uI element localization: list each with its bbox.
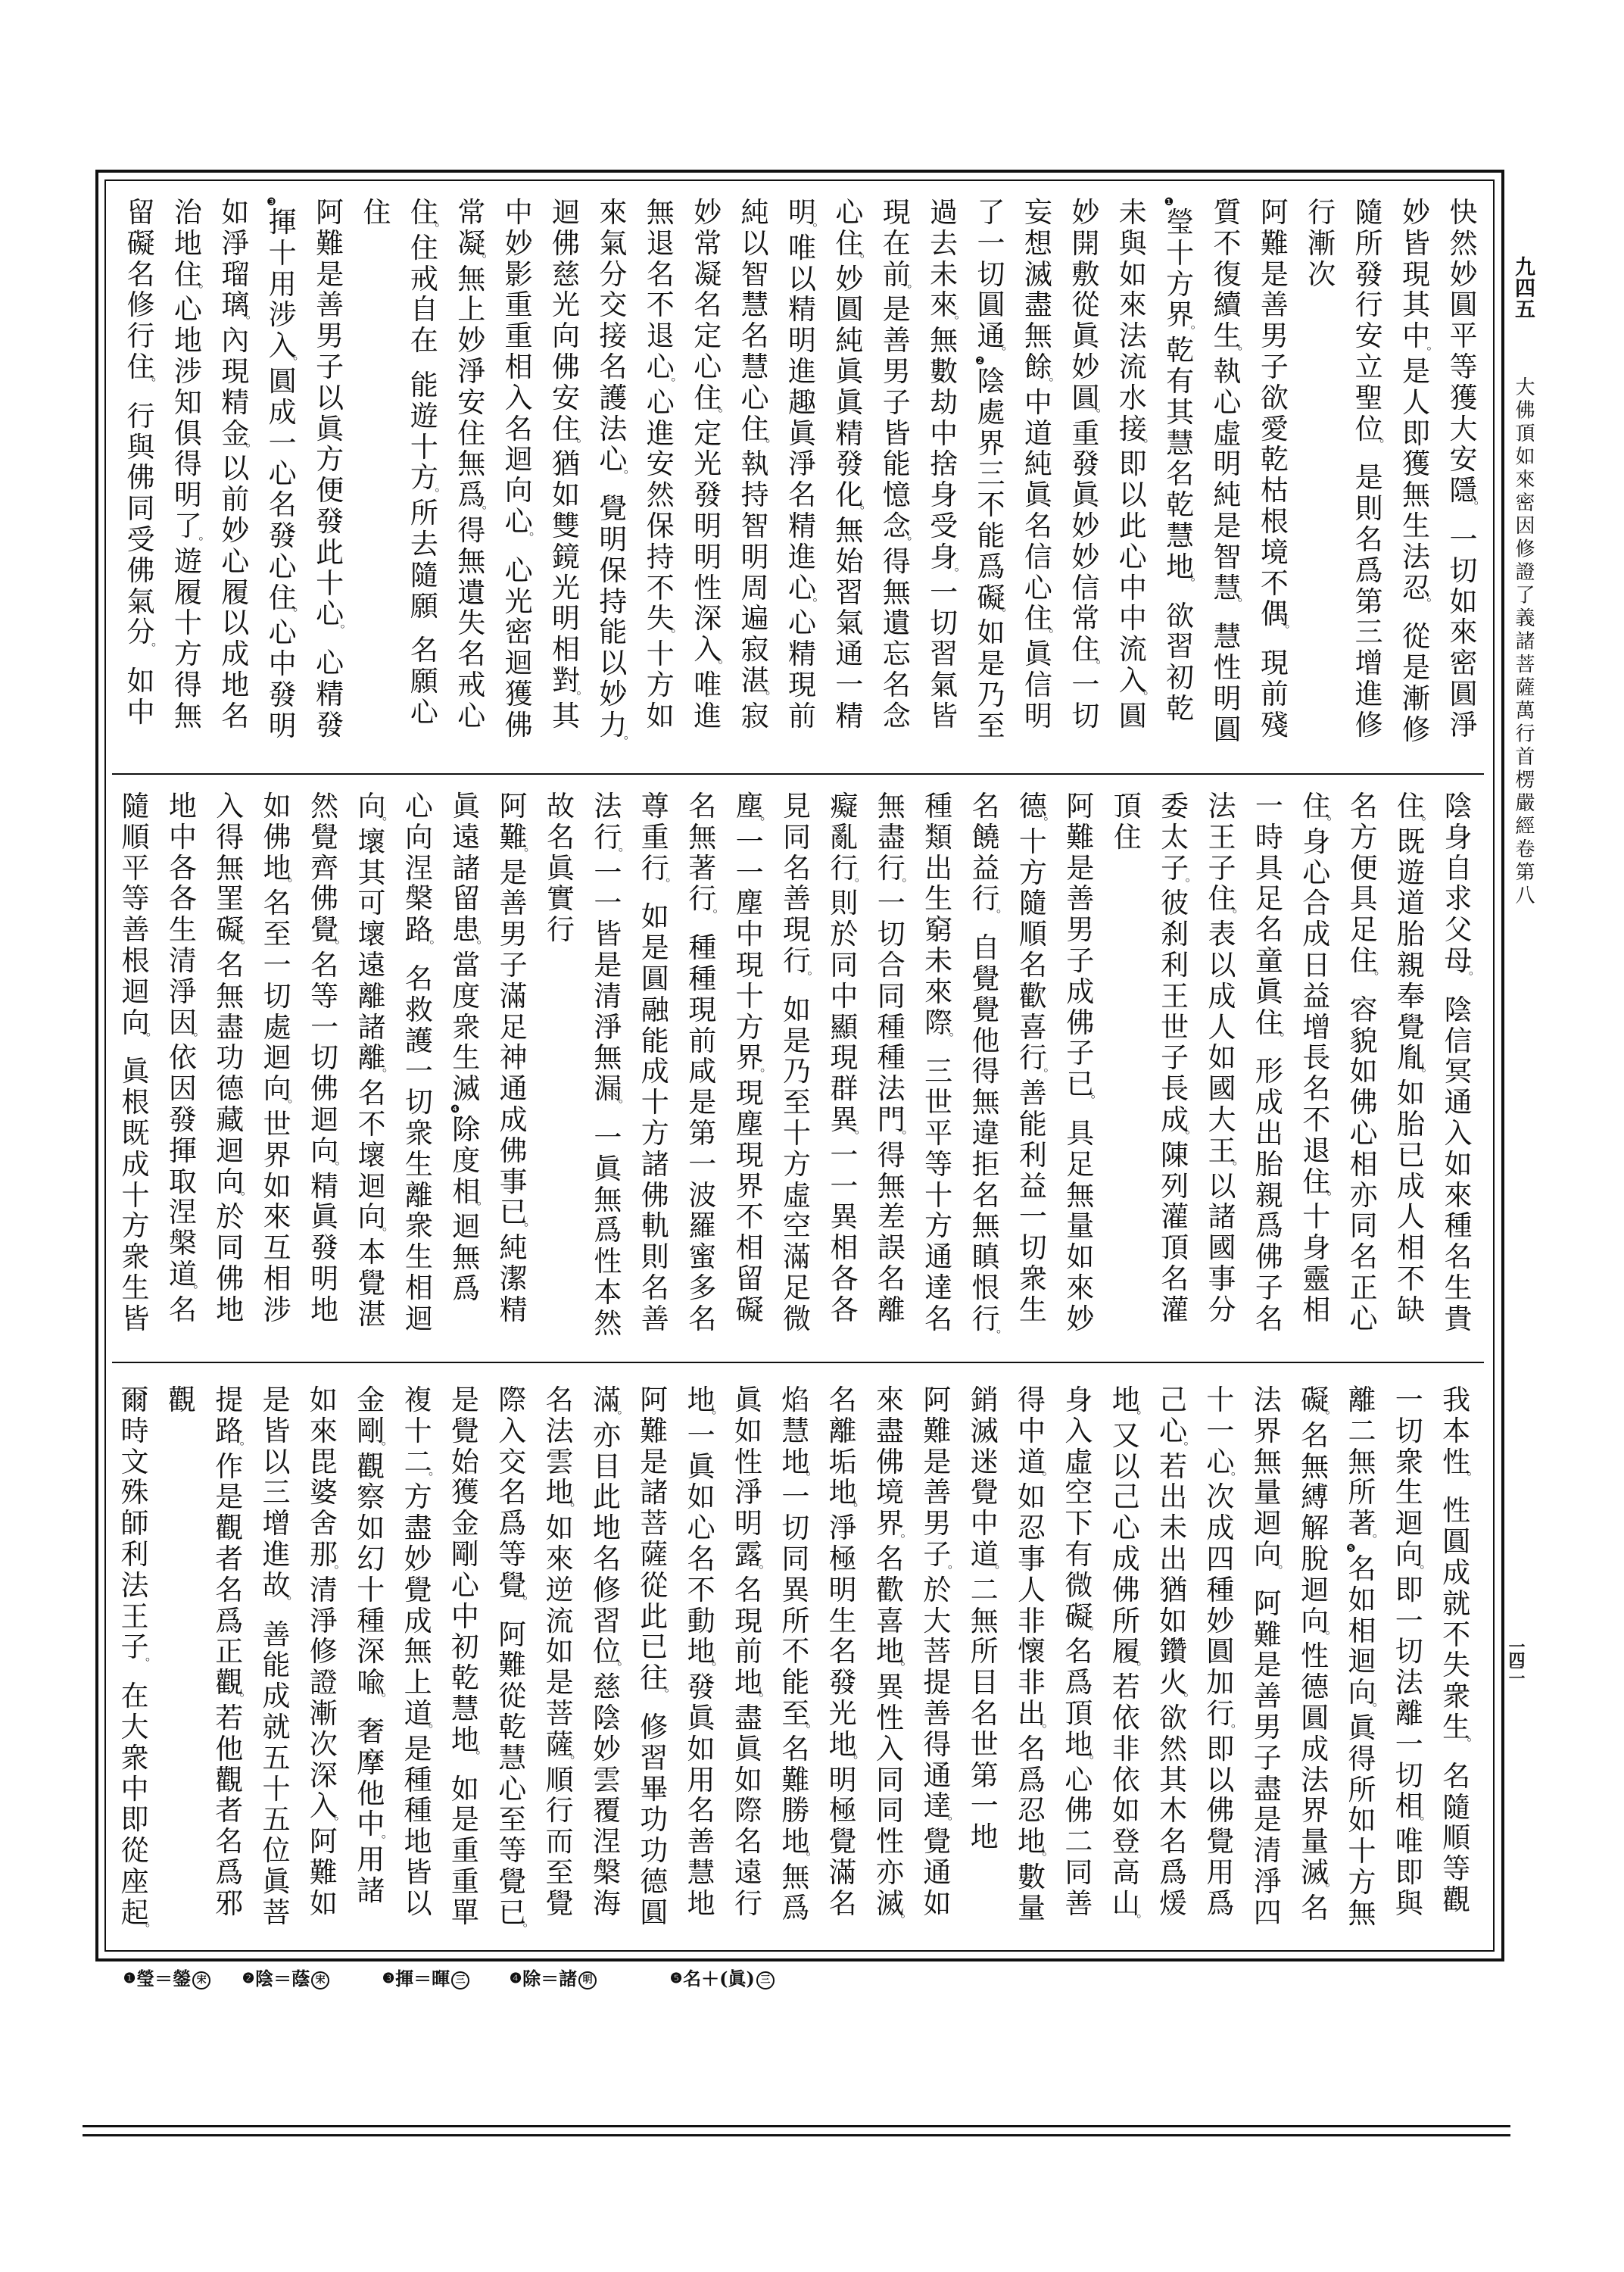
- punctuation-mark: 。: [1117, 697, 1149, 701]
- glyph: 如: [220, 198, 251, 229]
- glyph: 發: [1353, 260, 1385, 291]
- glyph: 無: [970, 1211, 1002, 1242]
- glyph: 圓: [1117, 701, 1149, 732]
- glyph: 長: [1159, 1074, 1191, 1105]
- glyph: 以: [597, 648, 629, 679]
- glyph: 得: [970, 1056, 1002, 1088]
- text-column: 現在前。是善男子皆能憶念。得無遺忘名念: [881, 198, 912, 754]
- punctuation-mark: 。: [1299, 1889, 1331, 1893]
- punctuation-mark: 。: [734, 822, 765, 827]
- glyph: 生: [403, 1242, 435, 1273]
- glyph: 等: [120, 884, 151, 915]
- punctuation-mark: 。: [220, 449, 251, 454]
- footnote: ❸揮＝暉三: [382, 1968, 469, 1993]
- glyph: 圓: [1205, 1637, 1236, 1668]
- glyph: 至: [781, 1088, 812, 1119]
- glyph: 覆: [591, 1796, 622, 1827]
- footnote-text: 瑩＝鎣: [136, 1968, 191, 1990]
- glyph: 類: [923, 822, 955, 854]
- glyph: 失: [456, 608, 488, 639]
- glyph: 前: [732, 1637, 764, 1668]
- glyph: 乾: [1258, 445, 1290, 476]
- glyph: 同: [125, 494, 157, 525]
- text-column: 際入交名爲等覺。 阿難從乾慧心至等覺已。: [497, 1385, 528, 1942]
- punctuation-mark: 。: [970, 1335, 1002, 1340]
- glyph: 而: [544, 1827, 575, 1858]
- glyph: 大: [119, 1712, 151, 1743]
- text-column: 觀: [166, 1385, 198, 1942]
- glyph: 明: [597, 525, 629, 556]
- glyph: 木: [1158, 1796, 1189, 1827]
- glyph: 畢: [638, 1774, 670, 1805]
- glyph: 戒: [456, 670, 488, 701]
- glyph: 所: [1353, 229, 1385, 260]
- glyph: 名: [1348, 791, 1379, 822]
- glyph: 現: [828, 1043, 860, 1074]
- glyph: 佛: [1063, 1796, 1095, 1827]
- glyph: 無: [875, 1172, 907, 1203]
- glyph: 潔: [497, 1264, 529, 1295]
- glyph: 足: [497, 1013, 529, 1044]
- footnote-text: 揮＝暉: [395, 1968, 450, 1990]
- glyph: 法: [1393, 1668, 1425, 1699]
- glyph: 一: [1017, 1202, 1049, 1233]
- glyph: 氣: [834, 608, 865, 639]
- glyph: 成: [220, 639, 251, 670]
- glyph: 自: [408, 295, 440, 326]
- glyph: 遺: [881, 608, 912, 639]
- glyph: 羅: [687, 1211, 718, 1242]
- glyph: 大: [1448, 414, 1479, 445]
- glyph: 善: [1258, 290, 1290, 321]
- glyph: 身: [928, 480, 960, 511]
- glyph: 心: [1110, 1513, 1142, 1544]
- punctuation-mark: 。: [786, 229, 818, 233]
- glyph: 慧: [780, 1416, 812, 1447]
- glyph: 迴: [550, 198, 582, 229]
- text-column: 過去未來。無數劫中捨身受身。一切習氣皆: [928, 198, 960, 754]
- glyph: 同: [1063, 1858, 1095, 1889]
- edition-siglum: 三: [451, 1971, 469, 1990]
- glyph: 地: [167, 791, 198, 822]
- glyph: 法: [1401, 542, 1432, 573]
- glyph: 同: [780, 1544, 812, 1575]
- glyph: 立: [1353, 352, 1385, 383]
- glyph: 次: [307, 1730, 339, 1761]
- glyph: 如: [307, 1385, 339, 1416]
- glyph: 前: [220, 485, 251, 516]
- punctuation-mark: 。: [119, 1663, 151, 1668]
- glyph: 拒: [970, 1150, 1002, 1181]
- glyph: 委: [1159, 791, 1191, 822]
- glyph: 我: [1441, 1385, 1473, 1416]
- punctuation-mark: 。: [172, 542, 204, 547]
- glyph: 修: [591, 1575, 622, 1606]
- glyph: 中: [1022, 388, 1054, 419]
- glyph: 通: [923, 1242, 955, 1273]
- punctuation-mark: 。: [592, 854, 624, 858]
- glyph: 去: [928, 229, 960, 260]
- glyph: 父: [1442, 915, 1474, 946]
- glyph: 深: [307, 1761, 339, 1792]
- glyph: 然: [1448, 229, 1479, 260]
- punctuation-mark: 。: [125, 648, 157, 653]
- glyph: 求: [1442, 884, 1474, 915]
- punctuation-mark: 。: [1301, 822, 1333, 827]
- glyph: 四: [1205, 1544, 1236, 1575]
- glyph: 大: [921, 1606, 953, 1637]
- glyph: 德: [214, 1074, 246, 1105]
- glyph: 刹: [1159, 919, 1191, 950]
- glyph: 進: [786, 357, 818, 388]
- glyph: 眞: [309, 1202, 341, 1233]
- glyph: 菩: [260, 1898, 292, 1929]
- glyph: 益: [1301, 982, 1333, 1013]
- text-column: 來氣分交接名護法心。 覺明保持能以妙力。: [597, 198, 629, 754]
- glyph: 陳: [1159, 1141, 1191, 1172]
- glyph: 縛: [1299, 1482, 1331, 1513]
- glyph: 一: [834, 670, 865, 701]
- glyph: 難: [314, 229, 346, 260]
- glyph: 行: [125, 321, 157, 352]
- glyph: 得: [172, 670, 204, 701]
- glyph: 三: [923, 1056, 955, 1088]
- glyph: 復: [1211, 260, 1243, 291]
- punctuation-mark: 。: [355, 1447, 387, 1452]
- glyph: 便: [314, 476, 346, 507]
- text-column: 是覺始獲金剛心中初乾慧地。 如是重重單: [449, 1385, 481, 1942]
- glyph: 心: [497, 1774, 528, 1805]
- glyph: 種: [687, 964, 718, 995]
- glyph: 爲: [1063, 1668, 1095, 1699]
- glyph: 雲: [591, 1765, 622, 1796]
- glyph: 不: [644, 290, 676, 321]
- glyph: 一: [687, 1150, 718, 1181]
- glyph: 觀: [214, 1513, 245, 1544]
- glyph: 妙: [1070, 352, 1102, 383]
- footnote-marker: ❹: [510, 1971, 522, 1986]
- glyph: 續: [1211, 290, 1243, 321]
- glyph: 迷: [968, 1447, 1000, 1478]
- punctuation-mark: 。: [402, 1478, 434, 1482]
- glyph: 一: [734, 827, 765, 858]
- text-column: 離二無所著。❺名如相迴向。眞得所如十方無: [1346, 1385, 1378, 1942]
- glyph: 咸: [687, 1056, 718, 1088]
- spacing: [497, 1606, 528, 1620]
- glyph: 如: [1016, 1482, 1048, 1513]
- glyph: 增: [1301, 1013, 1333, 1044]
- glyph: 氣: [928, 670, 960, 701]
- glyph: 得: [1346, 1744, 1378, 1775]
- text-column: 滿。亦目此地名修習位。慈陰妙雲覆涅槃海: [591, 1385, 622, 1942]
- glyph: 同: [781, 822, 812, 854]
- glyph: 來: [597, 198, 629, 229]
- glyph: 佛: [125, 556, 157, 587]
- glyph: 行: [545, 915, 577, 946]
- text-column: 隨順平等善根迴向。 眞根既成十方衆生皆: [120, 791, 151, 1348]
- glyph: 精: [786, 511, 818, 542]
- text-column: 如佛地。名至一切處迴向。世界如來互相涉: [261, 791, 293, 1348]
- glyph: 相: [403, 1273, 435, 1304]
- glyph: 通: [921, 1858, 953, 1889]
- punctuation-mark: 。: [1159, 1136, 1191, 1141]
- glyph: 一: [1393, 1606, 1425, 1637]
- glyph: 法: [592, 791, 624, 822]
- glyph: 重: [503, 290, 535, 321]
- punctuation-mark: 。: [1158, 1447, 1189, 1452]
- glyph: 心: [786, 608, 818, 639]
- glyph: 純: [1022, 449, 1054, 480]
- glyph: 世: [261, 1109, 293, 1141]
- punctuation-mark: 。: [550, 445, 582, 449]
- glyph: 切: [1448, 556, 1479, 587]
- glyph: 人: [1206, 1013, 1238, 1044]
- glyph: 際: [497, 1385, 528, 1416]
- glyph: 覺: [827, 1827, 859, 1858]
- glyph: 道: [1022, 419, 1054, 450]
- glyph: 現: [734, 950, 765, 982]
- text-column: 住。既遊道胎親奉覺胤。如胎已成人相不缺: [1395, 791, 1427, 1348]
- glyph: 入: [503, 383, 535, 414]
- glyph: 無: [456, 547, 488, 578]
- glyph: 功: [638, 1805, 670, 1836]
- glyph: 婆: [307, 1478, 339, 1509]
- glyph: 方: [1348, 822, 1379, 854]
- glyph: 界: [261, 1141, 293, 1172]
- punctuation-mark: 。: [1395, 822, 1427, 827]
- glyph: 王: [1206, 822, 1238, 854]
- glyph: 名: [685, 1796, 717, 1827]
- glyph: 與: [125, 432, 157, 463]
- glyph: 圓: [1299, 1703, 1331, 1734]
- text-column: 我本性。 性圓成就不失衆生。 名隨順等觀: [1441, 1385, 1473, 1942]
- glyph: 生: [1017, 1295, 1049, 1326]
- punctuation-mark: 。: [119, 1929, 151, 1933]
- glyph: 性: [1441, 1496, 1473, 1527]
- glyph: 覺: [356, 1269, 388, 1300]
- glyph: 平: [923, 1119, 955, 1150]
- glyph: 如: [544, 1513, 575, 1544]
- glyph: 滿: [781, 1242, 812, 1273]
- glyph: 世: [923, 1088, 955, 1119]
- punctuation-mark: 。: [1211, 604, 1243, 608]
- glyph: 名: [456, 639, 488, 670]
- glyph: 無: [780, 1862, 812, 1893]
- glyph: 諸: [639, 1150, 671, 1181]
- glyph: 在: [881, 229, 912, 260]
- glyph: 皆: [928, 701, 960, 732]
- glyph: 衆: [450, 1013, 482, 1044]
- glyph: 涉: [172, 357, 204, 388]
- glyph: 有: [1063, 1540, 1095, 1571]
- glyph: 槃: [591, 1858, 622, 1889]
- glyph: 現: [881, 198, 912, 229]
- glyph: 容: [1348, 995, 1379, 1026]
- punctuation-mark: 。: [834, 511, 865, 516]
- glyph: 獲: [503, 679, 535, 710]
- glyph: 名: [309, 950, 341, 982]
- text-column: 得中道。如忍事人非懷非出。名爲忍地。數量: [1016, 1385, 1048, 1942]
- glyph: 無: [928, 326, 960, 357]
- glyph: 善: [685, 1827, 717, 1858]
- glyph: 眞: [685, 1452, 717, 1483]
- glyph: 遠: [450, 822, 482, 854]
- glyph: 頂: [1159, 1233, 1191, 1264]
- glyph: 妙: [1070, 511, 1102, 542]
- glyph: 能: [639, 1026, 671, 1057]
- glyph: 名: [167, 1295, 198, 1326]
- glyph: 無: [970, 1088, 1002, 1119]
- glyph: 地: [172, 326, 204, 357]
- glyph: 一: [592, 858, 624, 889]
- glyph: 本: [356, 1237, 388, 1269]
- page-number: 一四二: [1507, 1638, 1528, 1677]
- glyph: 海: [591, 1889, 622, 1920]
- glyph: 懷: [1016, 1637, 1048, 1668]
- glyph: 信: [1022, 542, 1054, 573]
- glyph: 離: [403, 1181, 435, 1212]
- text-column: 名法雲地。如來逆流如是菩薩。順行而至覺: [544, 1385, 575, 1942]
- text-column: 向。壞其可壞遠離諸離。名不壞迴向。本覺湛: [356, 791, 388, 1348]
- glyph: 憶: [881, 480, 912, 511]
- text-column: 如淨瑠璃。內現精金。以前妙心履以成地名: [220, 198, 251, 754]
- glyph: 法: [1117, 321, 1149, 352]
- glyph: 太: [1159, 822, 1191, 854]
- glyph: 退: [1301, 1136, 1333, 1167]
- glyph: 眞: [1070, 480, 1102, 511]
- glyph: 能: [597, 617, 629, 648]
- glyph: 在: [119, 1681, 151, 1712]
- glyph: 一: [828, 1141, 860, 1172]
- glyph: 空: [1063, 1478, 1095, 1509]
- glyph: 圓: [638, 1898, 670, 1929]
- glyph: 退: [644, 229, 676, 260]
- punctuation-mark: 。: [975, 352, 1007, 357]
- glyph: 已: [638, 1632, 670, 1663]
- punctuation-mark: 。: [497, 1929, 528, 1933]
- glyph: 子: [1159, 1043, 1191, 1074]
- glyph: 以: [739, 229, 771, 260]
- glyph: 流: [1117, 352, 1149, 383]
- glyph: 從: [497, 1681, 528, 1712]
- glyph: 前: [687, 1026, 718, 1057]
- glyph: 一: [261, 950, 293, 982]
- glyph: 成: [1299, 1734, 1331, 1765]
- glyph: 佛: [309, 884, 341, 915]
- glyph: 界: [734, 1172, 765, 1203]
- glyph: 心: [834, 198, 865, 229]
- glyph: 遊: [1395, 858, 1427, 889]
- glyph: 是: [881, 295, 912, 326]
- glyph: 成: [1110, 1544, 1142, 1575]
- text-column: 法界無量迴向。 阿難是善男子盡是清淨四: [1252, 1385, 1283, 1942]
- glyph: 生: [827, 1606, 859, 1637]
- glyph: 名: [644, 260, 676, 291]
- glyph: 無: [1299, 1452, 1331, 1483]
- punctuation-mark: 。: [1393, 1571, 1425, 1575]
- glyph: 各: [828, 1264, 860, 1295]
- glyph: 貴: [1442, 1304, 1474, 1335]
- glyph: 發: [314, 710, 346, 741]
- glyph: 即: [119, 1805, 151, 1836]
- glyph: 是: [975, 649, 1007, 680]
- glyph: 快: [1448, 198, 1479, 229]
- glyph: 如: [307, 1889, 339, 1920]
- text-column: 心住。妙圓純眞眞精發化。無始習氣通一精: [834, 198, 865, 754]
- glyph: 善: [1063, 1889, 1095, 1920]
- punctuation-mark: 。: [780, 1858, 812, 1862]
- glyph: 佛: [497, 1136, 529, 1167]
- glyph: 男: [921, 1509, 953, 1540]
- punctuation-mark: 。: [550, 697, 582, 701]
- glyph: 成: [1064, 977, 1096, 1008]
- glyph: 人: [1016, 1575, 1048, 1606]
- glyph: 即: [1393, 1858, 1425, 1889]
- punctuation-mark: 。: [307, 1571, 339, 1575]
- glyph: 法: [544, 1416, 575, 1447]
- glyph: 無: [592, 1185, 624, 1216]
- glyph: 能: [1017, 1109, 1049, 1141]
- glyph: 性: [1211, 653, 1243, 684]
- glyph: 難: [1252, 1620, 1283, 1651]
- punctuation-mark: 。: [1441, 1478, 1473, 1482]
- glyph: 文: [119, 1447, 151, 1478]
- punctuation-mark: 。: [120, 1038, 151, 1043]
- punctuation-mark: 。: [260, 1602, 292, 1606]
- glyph: 男: [497, 919, 529, 950]
- glyph: 如: [921, 1889, 953, 1920]
- glyph: 境: [874, 1478, 906, 1509]
- glyph: 佛: [1205, 1796, 1236, 1827]
- glyph: 相: [1348, 1150, 1379, 1181]
- glyph: 德: [638, 1867, 670, 1898]
- glyph: 唯: [692, 670, 724, 701]
- glyph: 種: [875, 1013, 907, 1044]
- text-column: 名方便具足住。 容貌如佛心相亦同名正心: [1348, 791, 1379, 1348]
- glyph: 遺: [456, 578, 488, 609]
- glyph: 一: [1070, 670, 1102, 701]
- text-column: 心向涅槃路。 名救護一切衆生離衆生相迴: [403, 791, 435, 1348]
- glyph: 十: [408, 432, 440, 463]
- glyph: 軌: [639, 1211, 671, 1242]
- punctuation-mark: 。: [874, 1540, 906, 1544]
- text-column: 金剛。觀察如幻十種深喩。 奢摩他中。用諸: [355, 1385, 387, 1942]
- glyph: 如: [685, 1734, 717, 1765]
- glyph: 涅: [403, 854, 435, 885]
- glyph: 依: [1110, 1703, 1142, 1734]
- glyph: 順: [1441, 1823, 1473, 1854]
- glyph: 如: [125, 666, 157, 698]
- punctuation-mark: 。: [734, 1074, 765, 1078]
- glyph: 子: [1206, 854, 1238, 885]
- glyph: 利: [1017, 1141, 1049, 1172]
- glyph: 切: [975, 260, 1007, 291]
- glyph: 未: [923, 946, 955, 977]
- glyph: 缺: [1395, 1295, 1427, 1326]
- glyph: 亦: [1348, 1181, 1379, 1212]
- glyph: 進: [260, 1540, 292, 1571]
- glyph: 切: [1393, 1637, 1425, 1668]
- punctuation-mark: 。: [172, 290, 204, 295]
- text-column: 礙。名無縛解脫迴向。性德圓成法界量滅。名: [1299, 1385, 1331, 1942]
- glyph: 用: [267, 270, 298, 301]
- glyph: 子: [1258, 352, 1290, 383]
- glyph: 滅: [1022, 260, 1054, 291]
- glyph: 接: [597, 321, 629, 352]
- punctuation-mark: 。: [356, 822, 388, 827]
- punctuation-mark: 。: [456, 511, 488, 516]
- glyph: 法: [119, 1571, 151, 1602]
